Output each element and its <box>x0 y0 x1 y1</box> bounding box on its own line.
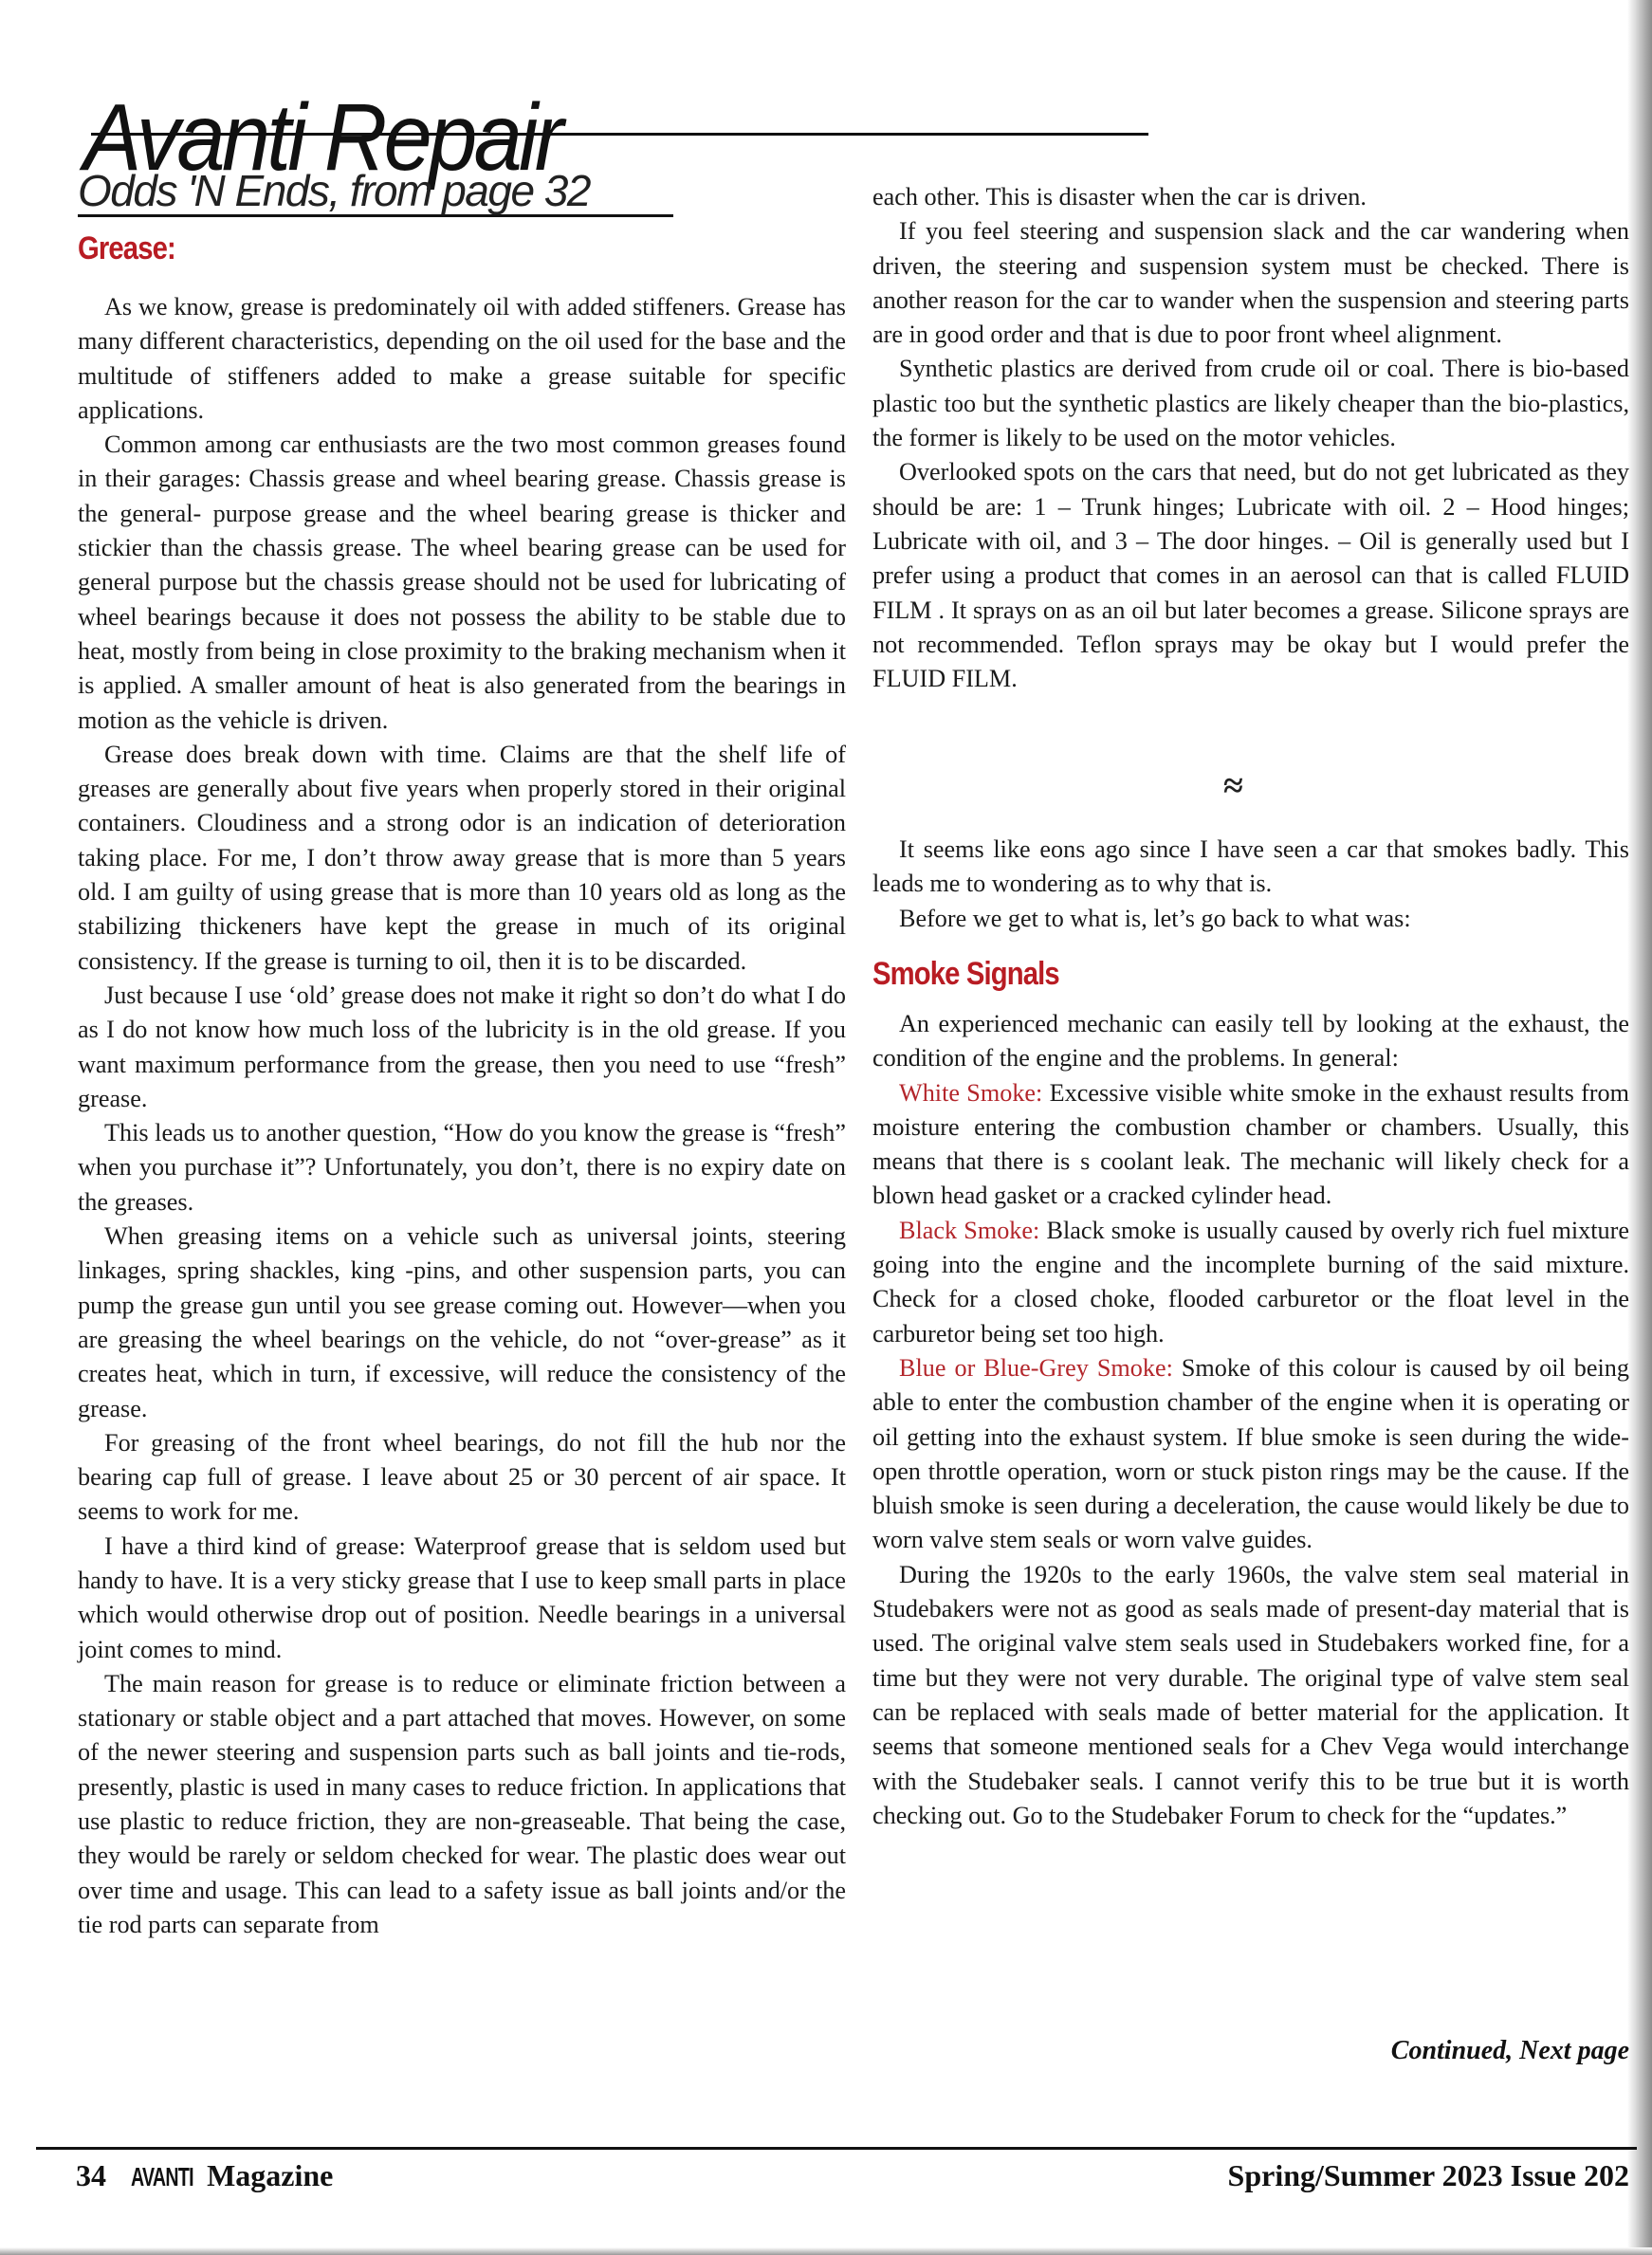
smoke-entry-black: Black Smoke: Black smoke is usually caus… <box>872 1214 1629 1351</box>
section-heading-grease: Grease: <box>78 230 175 267</box>
continuation-paragraph: each other. This is disaster when the ca… <box>872 180 1629 214</box>
paragraph: During the 1920s to the early 1960s, the… <box>872 1558 1629 1833</box>
paragraph: An experienced mechanic can easily tell … <box>872 1007 1629 1076</box>
right-column-intro: It seems like eons ago since I have seen… <box>872 833 1629 936</box>
paragraph: Grease does break down with time. Claims… <box>78 738 846 979</box>
paragraph: Common among car enthusiasts are the two… <box>78 428 846 738</box>
article-subtitle: Odds 'N Ends, from page 32 <box>78 169 673 217</box>
continued-next-page: Continued, Next page <box>1391 2036 1629 2066</box>
paragraph: When greasing items on a vehicle such as… <box>78 1219 846 1426</box>
paragraph: As we know, grease is predominately oil … <box>78 290 846 428</box>
section-heading-smoke-signals: Smoke Signals <box>872 956 1059 993</box>
footer-left: 34 AVANTI Magazine <box>76 2158 333 2193</box>
issue-info: Spring/Summer 2023 Issue 202 <box>1228 2158 1629 2193</box>
left-column: As we know, grease is predominately oil … <box>78 290 846 1942</box>
page-number: 34 <box>76 2158 106 2193</box>
paragraph: The main reason for grease is to reduce … <box>78 1667 846 1942</box>
smoke-label: Blue or Blue-Grey Smoke: <box>899 1354 1173 1382</box>
title-divider <box>91 133 1148 136</box>
paragraph: This leads us to another question, “How … <box>78 1116 846 1219</box>
paragraph: I have a third kind of grease: Waterproo… <box>78 1530 846 1667</box>
right-column-top: each other. This is disaster when the ca… <box>872 180 1629 696</box>
page-spine-shadow <box>1627 0 1652 2255</box>
paragraph: For greasing of the front wheel bearings… <box>78 1426 846 1530</box>
smoke-label: White Smoke: <box>899 1079 1042 1107</box>
paragraph: Before we get to what is, let’s go back … <box>872 902 1629 936</box>
smoke-description: Smoke of this colour is caused by oil be… <box>872 1354 1629 1553</box>
smoke-entry-white: White Smoke: Excessive visible white smo… <box>872 1076 1629 1214</box>
footer-divider <box>36 2147 1637 2150</box>
smoke-entry-blue: Blue or Blue-Grey Smoke: Smoke of this c… <box>872 1351 1629 1558</box>
smoke-label: Black Smoke: <box>899 1217 1039 1244</box>
section-separator-icon: ≈ <box>1223 768 1243 804</box>
paragraph: Synthetic plastics are derived from crud… <box>872 352 1629 455</box>
paragraph: It seems like eons ago since I have seen… <box>872 833 1629 902</box>
paragraph: If you feel steering and suspension slac… <box>872 214 1629 352</box>
paragraph: Overlooked spots on the cars that need, … <box>872 455 1629 696</box>
page-bottom-shadow <box>0 2247 1652 2255</box>
magazine-brand: AVANTI <box>131 2162 193 2192</box>
magazine-name: Magazine <box>207 2158 333 2192</box>
paragraph: Just because I use ‘old’ grease does not… <box>78 979 846 1116</box>
right-column-smoke: An experienced mechanic can easily tell … <box>872 1007 1629 1833</box>
